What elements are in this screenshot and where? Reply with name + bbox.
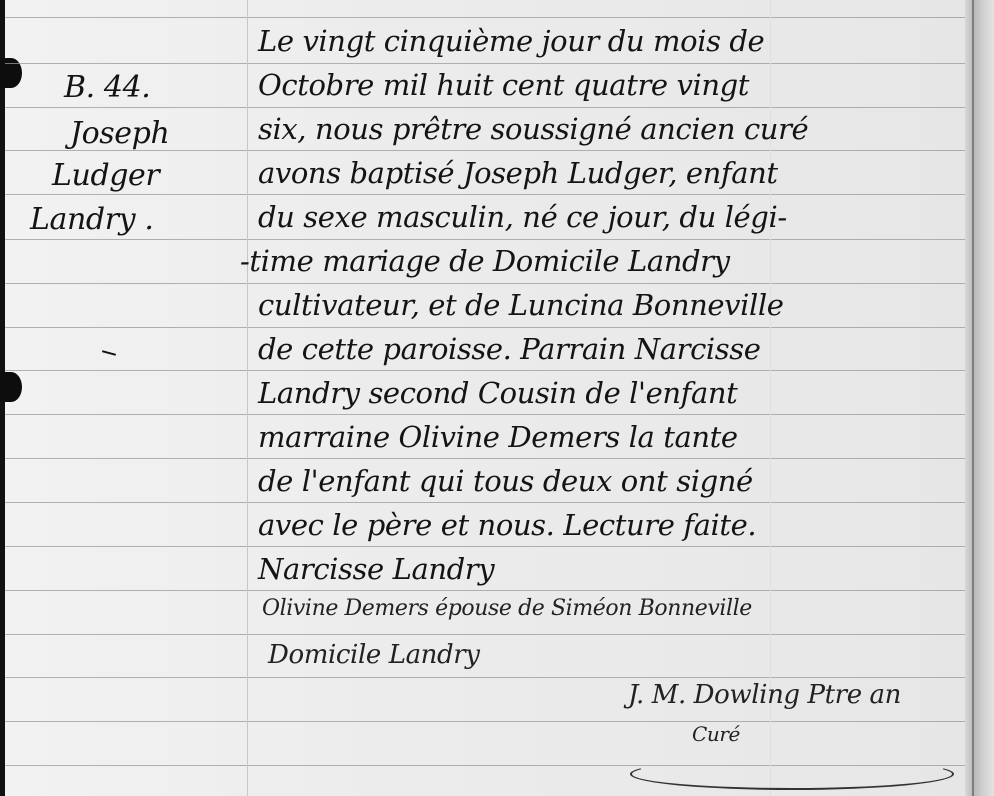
margin-dash: [102, 350, 116, 356]
body-line-12: avec le père et nous. Lecture faite.: [258, 508, 756, 542]
ruled-line: [5, 721, 965, 722]
signature-priest: J. M. Dowling Ptre an: [628, 680, 901, 710]
ruled-line: [5, 194, 965, 195]
margin-rule: [247, 0, 248, 796]
body-line-1: Le vingt cinquième jour du mois de: [258, 24, 764, 58]
margin-name-last: Landry .: [30, 202, 154, 237]
body-line-11: de l'enfant qui tous deux ont signé: [258, 464, 753, 498]
body-line-5: du sexe masculin, né ce jour, du légi-: [258, 200, 787, 234]
ruled-line: [5, 502, 965, 503]
body-line-8: de cette paroisse. Parrain Narcisse: [258, 332, 761, 366]
ruled-line: [5, 17, 965, 18]
register-page: B. 44. Joseph Ludger Landry . Le vingt c…: [0, 0, 994, 796]
closing-flourish: [630, 758, 954, 790]
ruled-line: [5, 414, 965, 415]
entry-number: B. 44.: [64, 70, 150, 105]
ruled-line: [5, 239, 965, 240]
gutter-edge: [972, 0, 974, 796]
body-line-4: avons baptisé Joseph Ludger, enfant: [258, 156, 778, 190]
page-gutter: [965, 0, 994, 796]
ruled-line: [5, 107, 965, 108]
signature-title-cure: Curé: [692, 722, 740, 746]
body-line-9: Landry second Cousin de l'enfant: [258, 376, 737, 410]
ruled-line: [5, 634, 965, 635]
margin-name-first: Joseph: [70, 116, 169, 151]
ruled-line: [5, 327, 965, 328]
margin-name-middle: Ludger: [52, 158, 159, 193]
signature-godmother: Olivine Demers épouse de Siméon Bonnevil…: [262, 596, 752, 621]
ruled-line: [5, 370, 965, 371]
signature-father: Domicile Landry: [268, 640, 480, 670]
ruled-line: [5, 458, 965, 459]
ruled-line: [5, 63, 965, 64]
binding-hole-bottom: [0, 372, 22, 402]
signature-godfather: Narcisse Landry: [258, 552, 494, 586]
body-line-10: marraine Olivine Demers la tante: [258, 420, 738, 454]
ruled-line: [5, 677, 965, 678]
body-line-3: six, nous prêtre soussigné ancien curé: [258, 112, 808, 146]
ruled-line: [5, 283, 965, 284]
body-line-7: cultivateur, et de Luncina Bonneville: [258, 288, 784, 322]
body-line-6: -time mariage de Domicile Landry: [240, 244, 730, 278]
ruled-line: [5, 590, 965, 591]
body-line-2: Octobre mil huit cent quatre vingt: [258, 68, 749, 102]
ruled-line: [5, 546, 965, 547]
